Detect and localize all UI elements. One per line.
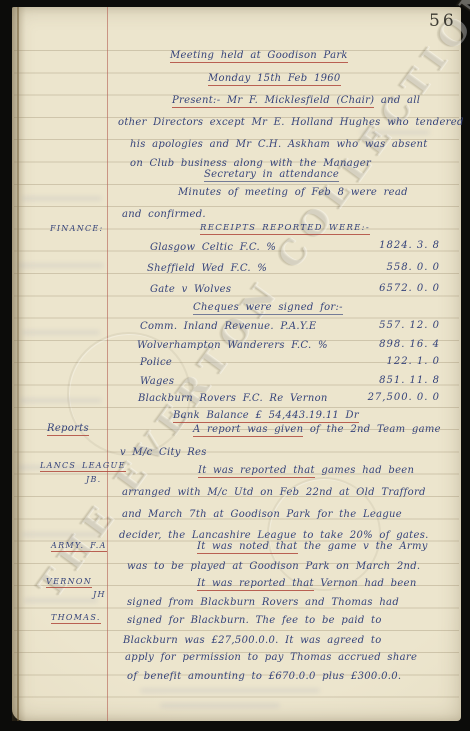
lancs-league-line: arranged with M/c Utd on Feb 22nd at Old… — [122, 487, 426, 498]
receipt-amount: 558. 0. 0 — [386, 262, 440, 273]
vernon-line: It was reported that Vernon had been — [197, 578, 417, 589]
vernon-lead: It was reported that — [197, 578, 314, 591]
lancs-rest: games had been — [315, 465, 414, 476]
ghost-text — [22, 532, 100, 537]
cheque-item: Wolverhampton Wanderers F.C. % — [137, 340, 328, 351]
ghost-text — [24, 598, 98, 603]
army-lead: It was noted that — [197, 541, 298, 554]
lancs-league-line: decider, the Lancashire League to take 2… — [119, 530, 429, 541]
lancs-league-line: It was reported that games had been — [198, 465, 414, 476]
cheque-amount: 851. 11. 8 — [379, 375, 440, 386]
reports-rest: of the 2nd Team game — [303, 424, 441, 435]
army-fa-line: It was noted that the game v the Army — [197, 541, 428, 552]
army-rest: the game v the Army — [298, 541, 428, 552]
meeting-title: Meeting held at Goodison Park — [170, 50, 348, 63]
ghost-text — [22, 330, 100, 335]
vernon-line: signed from Blackburn Rovers and Thomas … — [127, 597, 399, 608]
cheque-item: Blackburn Rovers F.C. Re Vernon — [138, 393, 328, 404]
ghost-text — [20, 398, 102, 403]
ghost-text — [140, 688, 320, 693]
margin-label-finance: FINANCE: — [50, 224, 104, 233]
attendance-line: his apologies and Mr C.H. Askham who was… — [130, 139, 428, 150]
secretary-line: Secretary in attendance — [204, 169, 339, 182]
present-lead: Present:- Mr F. Micklesfield (Chair) — [172, 95, 374, 108]
margin-label-thomas: THOMAS. — [51, 613, 101, 624]
thomas-line: apply for permission to pay Thomas accru… — [125, 652, 417, 663]
receipt-item: Glasgow Celtic F.C. % — [150, 242, 276, 253]
minutes-confirmed-line: and confirmed. — [122, 209, 206, 220]
ghost-text — [18, 263, 104, 268]
present-rest: and all — [374, 95, 420, 106]
attendance-line: other Directors except Mr E. Holland Hug… — [118, 117, 464, 128]
margin-label-lancs-league: LANCS LEAGUE — [40, 461, 126, 472]
cheque-amount: 122. 1. 0 — [386, 356, 440, 367]
thomas-line: of benefit amounting to £670.0.0 plus £3… — [127, 671, 401, 682]
meeting-date: Monday 15th Feb 1960 — [208, 73, 341, 86]
cheque-amount: 557. 12. 0 — [379, 320, 440, 331]
receipts-header: RECEIPTS REPORTED WERE:- — [200, 223, 370, 235]
cheque-item: Comm. Inland Revenue. P.A.Y.E — [140, 321, 317, 332]
cheque-amount: 27,500. 0. 0 — [368, 392, 440, 403]
page-number: 56 — [429, 11, 457, 31]
margin-label-army-fa: ARMY. F.A — [51, 541, 107, 552]
thomas-line: Blackburn was £27,500.0.0. It was agreed… — [123, 635, 382, 646]
present-line: Present:- Mr F. Micklesfield (Chair) and… — [172, 95, 420, 106]
margin-initials: JB. — [86, 475, 102, 484]
thomas-line: signed for Blackburn. The fee to be paid… — [127, 615, 382, 626]
attendance-line: on Club business along with the Manager — [130, 158, 371, 169]
army-fa-line: was to be played at Goodison Park on Mar… — [127, 561, 420, 572]
reports-line: v M/c City Res — [120, 447, 207, 458]
receipt-amount: 1824. 3. 8 — [379, 240, 440, 251]
lancs-lead: It was reported that — [198, 465, 315, 478]
lancs-league-line: and March 7th at Goodison Park for the L… — [122, 509, 402, 520]
reports-line: A report was given of the 2nd Team game — [193, 424, 441, 435]
margin-label-reports: Reports — [47, 423, 89, 436]
ghost-text — [22, 196, 102, 201]
cheque-amount: 898. 16. 4 — [379, 339, 440, 350]
minutes-read-line: Minutes of meeting of Feb 8 were read — [178, 187, 408, 198]
bank-balance-line: Bank Balance £ 54,443.19.11 Dr — [173, 410, 359, 423]
cheque-item: Police — [140, 357, 172, 368]
scanned-minute-book-page: THE EVERTON COLLECTION 56 Meeting held a… — [0, 0, 470, 731]
vernon-rest: Vernon had been — [314, 578, 417, 589]
ghost-text — [160, 703, 280, 708]
receipt-item: Gate v Wolves — [150, 284, 231, 295]
receipt-amount: 6572. 0. 0 — [379, 283, 440, 294]
reports-lead: A report was given — [193, 424, 303, 437]
ghost-text — [360, 130, 430, 135]
cheque-item: Wages — [140, 376, 174, 387]
margin-initials: JH — [93, 590, 106, 599]
margin-label-vernon: VERNON — [46, 577, 92, 588]
receipt-item: Sheffield Wed F.C. % — [147, 263, 267, 274]
cheques-header: Cheques were signed for:- — [193, 302, 343, 315]
